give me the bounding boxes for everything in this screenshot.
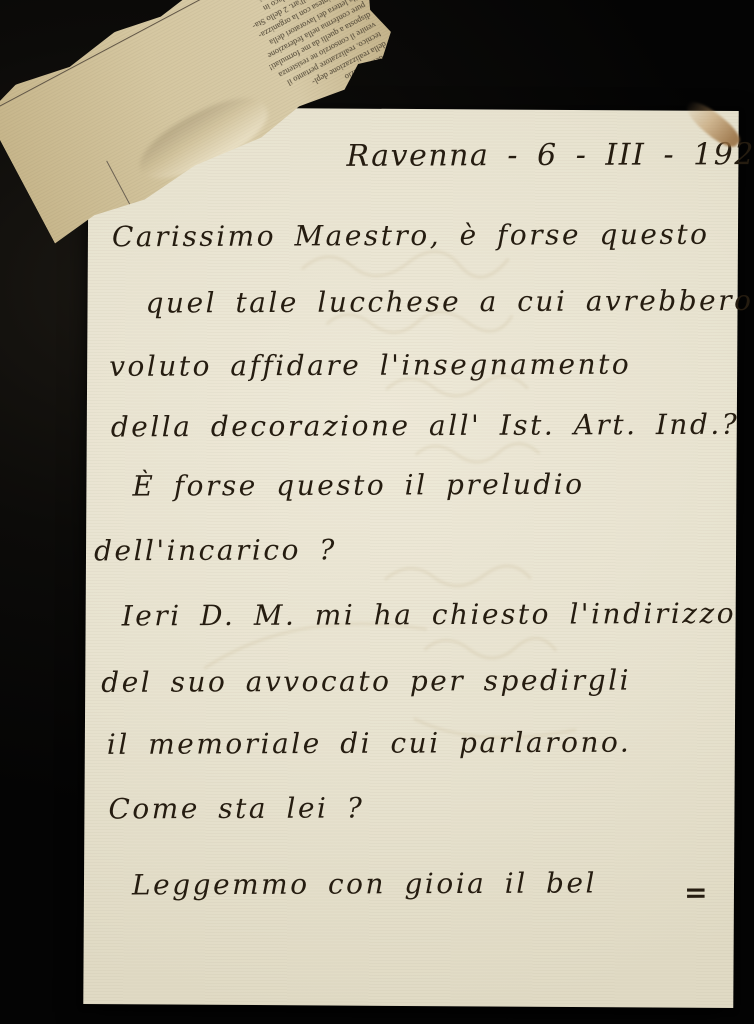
letter-line-5: È forse questo il preludio [132,468,584,503]
letter-line-10: Come sta lei ? [108,791,364,825]
letter-paper: Ravenna - 6 - III - 1923 Carissimo Maest… [83,107,738,1008]
letter-line-9: il memoriale di cui parlarono. [107,726,631,761]
letter-line-7: Ieri D. M. mi ha chiesto l'indirizzo [122,597,737,633]
letter-line-11-text: Leggemmo con gioia il bel [132,866,597,901]
letter-line-11: Leggemmo con gioia il bel = [132,866,732,902]
letter-line-8: del suo avvocato per spedirgli [101,664,631,699]
letter-line-4: della decorazione all' Ist. Art. Ind.? [111,408,740,444]
photo-canvas: { "photo": { "background_color": "#0b0a0… [0,0,754,1024]
letter-date: Ravenna - 6 - III - 1923 [346,137,754,174]
letter-line-3: voluto affidare l'insegnamento [109,348,631,383]
hyphenation-mark: = [684,876,708,909]
letter-line-1: Carissimo Maestro, è forse questo [112,218,710,254]
letter-line-2: quel tale lucchese a cui avrebbero [145,284,753,320]
letter-line-6: dell'incarico ? [94,533,337,567]
